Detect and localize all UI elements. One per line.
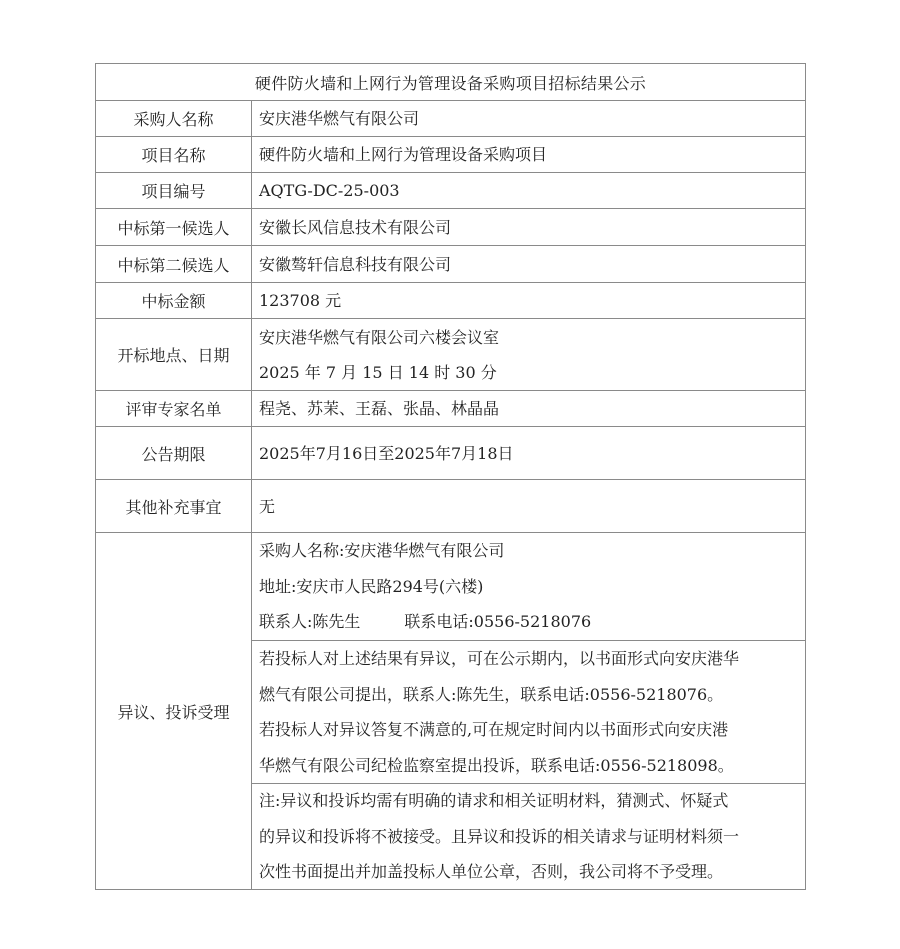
project-number-value: AQTG-DC-25-003	[259, 173, 805, 208]
objection-note-block: 注:异议和投诉均需有明确的请求和相关证明材料，猜测式、怀疑式 的异议和投诉将不被…	[252, 783, 805, 889]
project-name-label: 项目名称	[96, 137, 252, 172]
row-other: 其他补充事宜 无	[96, 479, 805, 532]
project-name-value: 硬件防火墙和上网行为管理设备采购项目	[259, 137, 805, 172]
first-candidate-value: 安徽长风信息技术有限公司	[259, 210, 805, 245]
row-opening: 开标地点、日期 安庆港华燃气有限公司六楼会议室 2025 年 7 月 15 日 …	[96, 318, 805, 390]
purchaser-value: 安庆港华燃气有限公司	[259, 101, 805, 136]
bid-amount-value: 123708 元	[259, 283, 805, 318]
row-bid-amount: 中标金额 123708 元	[96, 282, 805, 318]
row-project-name: 项目名称 硬件防火墙和上网行为管理设备采购项目	[96, 136, 805, 172]
bid-result-notice-table: 硬件防火墙和上网行为管理设备采购项目招标结果公示 采购人名称 安庆港华燃气有限公…	[95, 63, 806, 890]
row-experts: 评审专家名单 程尧、苏茉、王磊、张晶、林晶晶	[96, 390, 805, 426]
note-line: 次性书面提出并加盖投标人单位公章，否则，我公司将不予受理。	[259, 854, 805, 890]
objection-label: 异议、投诉受理	[96, 533, 252, 889]
procedure-line: 华燃气有限公司纪检监察室提出投诉，联系电话:0556-5218098。	[259, 748, 805, 784]
note-line: 注:异议和投诉均需有明确的请求和相关证明材料，猜测式、怀疑式	[259, 783, 805, 819]
row-notice-period: 公告期限 2025年7月16日至2025年7月18日	[96, 426, 805, 479]
objection-contact-line: 联系人:陈先生联系电话:0556-5218076	[259, 604, 805, 640]
objection-contact-block: 采购人名称:安庆港华燃气有限公司 地址:安庆市人民路294号(六楼) 联系人:陈…	[252, 533, 805, 640]
other-label: 其他补充事宜	[96, 480, 252, 532]
procedure-line: 燃气有限公司提出，联系人:陈先生，联系电话:0556-5218076。	[259, 677, 805, 713]
second-candidate-label: 中标第二候选人	[96, 246, 252, 282]
objection-procedure-block: 若投标人对上述结果有异议，可在公示期内，以书面形式向安庆港华 燃气有限公司提出，…	[252, 640, 805, 783]
page-title: 硬件防火墙和上网行为管理设备采购项目招标结果公示	[255, 71, 646, 94]
row-first-candidate: 中标第一候选人 安徽长风信息技术有限公司	[96, 208, 805, 245]
notice-period-value: 2025年7月16日至2025年7月18日	[259, 436, 805, 471]
second-candidate-value: 安徽骜轩信息科技有限公司	[259, 247, 805, 282]
purchaser-label: 采购人名称	[96, 101, 252, 136]
bid-amount-label: 中标金额	[96, 283, 252, 318]
objection-contact-person: 联系人:陈先生	[259, 612, 360, 631]
opening-label: 开标地点、日期	[96, 319, 252, 390]
procedure-line: 若投标人对上述结果有异议，可在公示期内，以书面形式向安庆港华	[259, 641, 805, 677]
objection-purchaser: 采购人名称:安庆港华燃气有限公司	[259, 533, 805, 569]
other-value: 无	[259, 489, 805, 524]
first-candidate-label: 中标第一候选人	[96, 209, 252, 245]
row-purchaser: 采购人名称 安庆港华燃气有限公司	[96, 100, 805, 136]
procedure-line: 若投标人对异议答复不满意的,可在规定时间内以书面形式向安庆港	[259, 712, 805, 748]
experts-value: 程尧、苏茉、王磊、张晶、林晶晶	[259, 391, 805, 426]
notice-period-label: 公告期限	[96, 427, 252, 479]
objection-address: 地址:安庆市人民路294号(六楼)	[259, 569, 805, 605]
table-title-row: 硬件防火墙和上网行为管理设备采购项目招标结果公示	[96, 64, 805, 100]
project-number-label: 项目编号	[96, 173, 252, 208]
experts-label: 评审专家名单	[96, 391, 252, 426]
row-objection: 异议、投诉受理 采购人名称:安庆港华燃气有限公司 地址:安庆市人民路294号(六…	[96, 532, 805, 889]
objection-contact-phone: 联系电话:0556-5218076	[404, 612, 591, 631]
row-project-number: 项目编号 AQTG-DC-25-003	[96, 172, 805, 208]
opening-datetime: 2025 年 7 月 15 日 14 时 30 分	[259, 355, 805, 390]
row-second-candidate: 中标第二候选人 安徽骜轩信息科技有限公司	[96, 245, 805, 282]
note-line: 的异议和投诉将不被接受。且异议和投诉的相关请求与证明材料须一	[259, 819, 805, 855]
opening-location: 安庆港华燃气有限公司六楼会议室	[259, 320, 805, 355]
